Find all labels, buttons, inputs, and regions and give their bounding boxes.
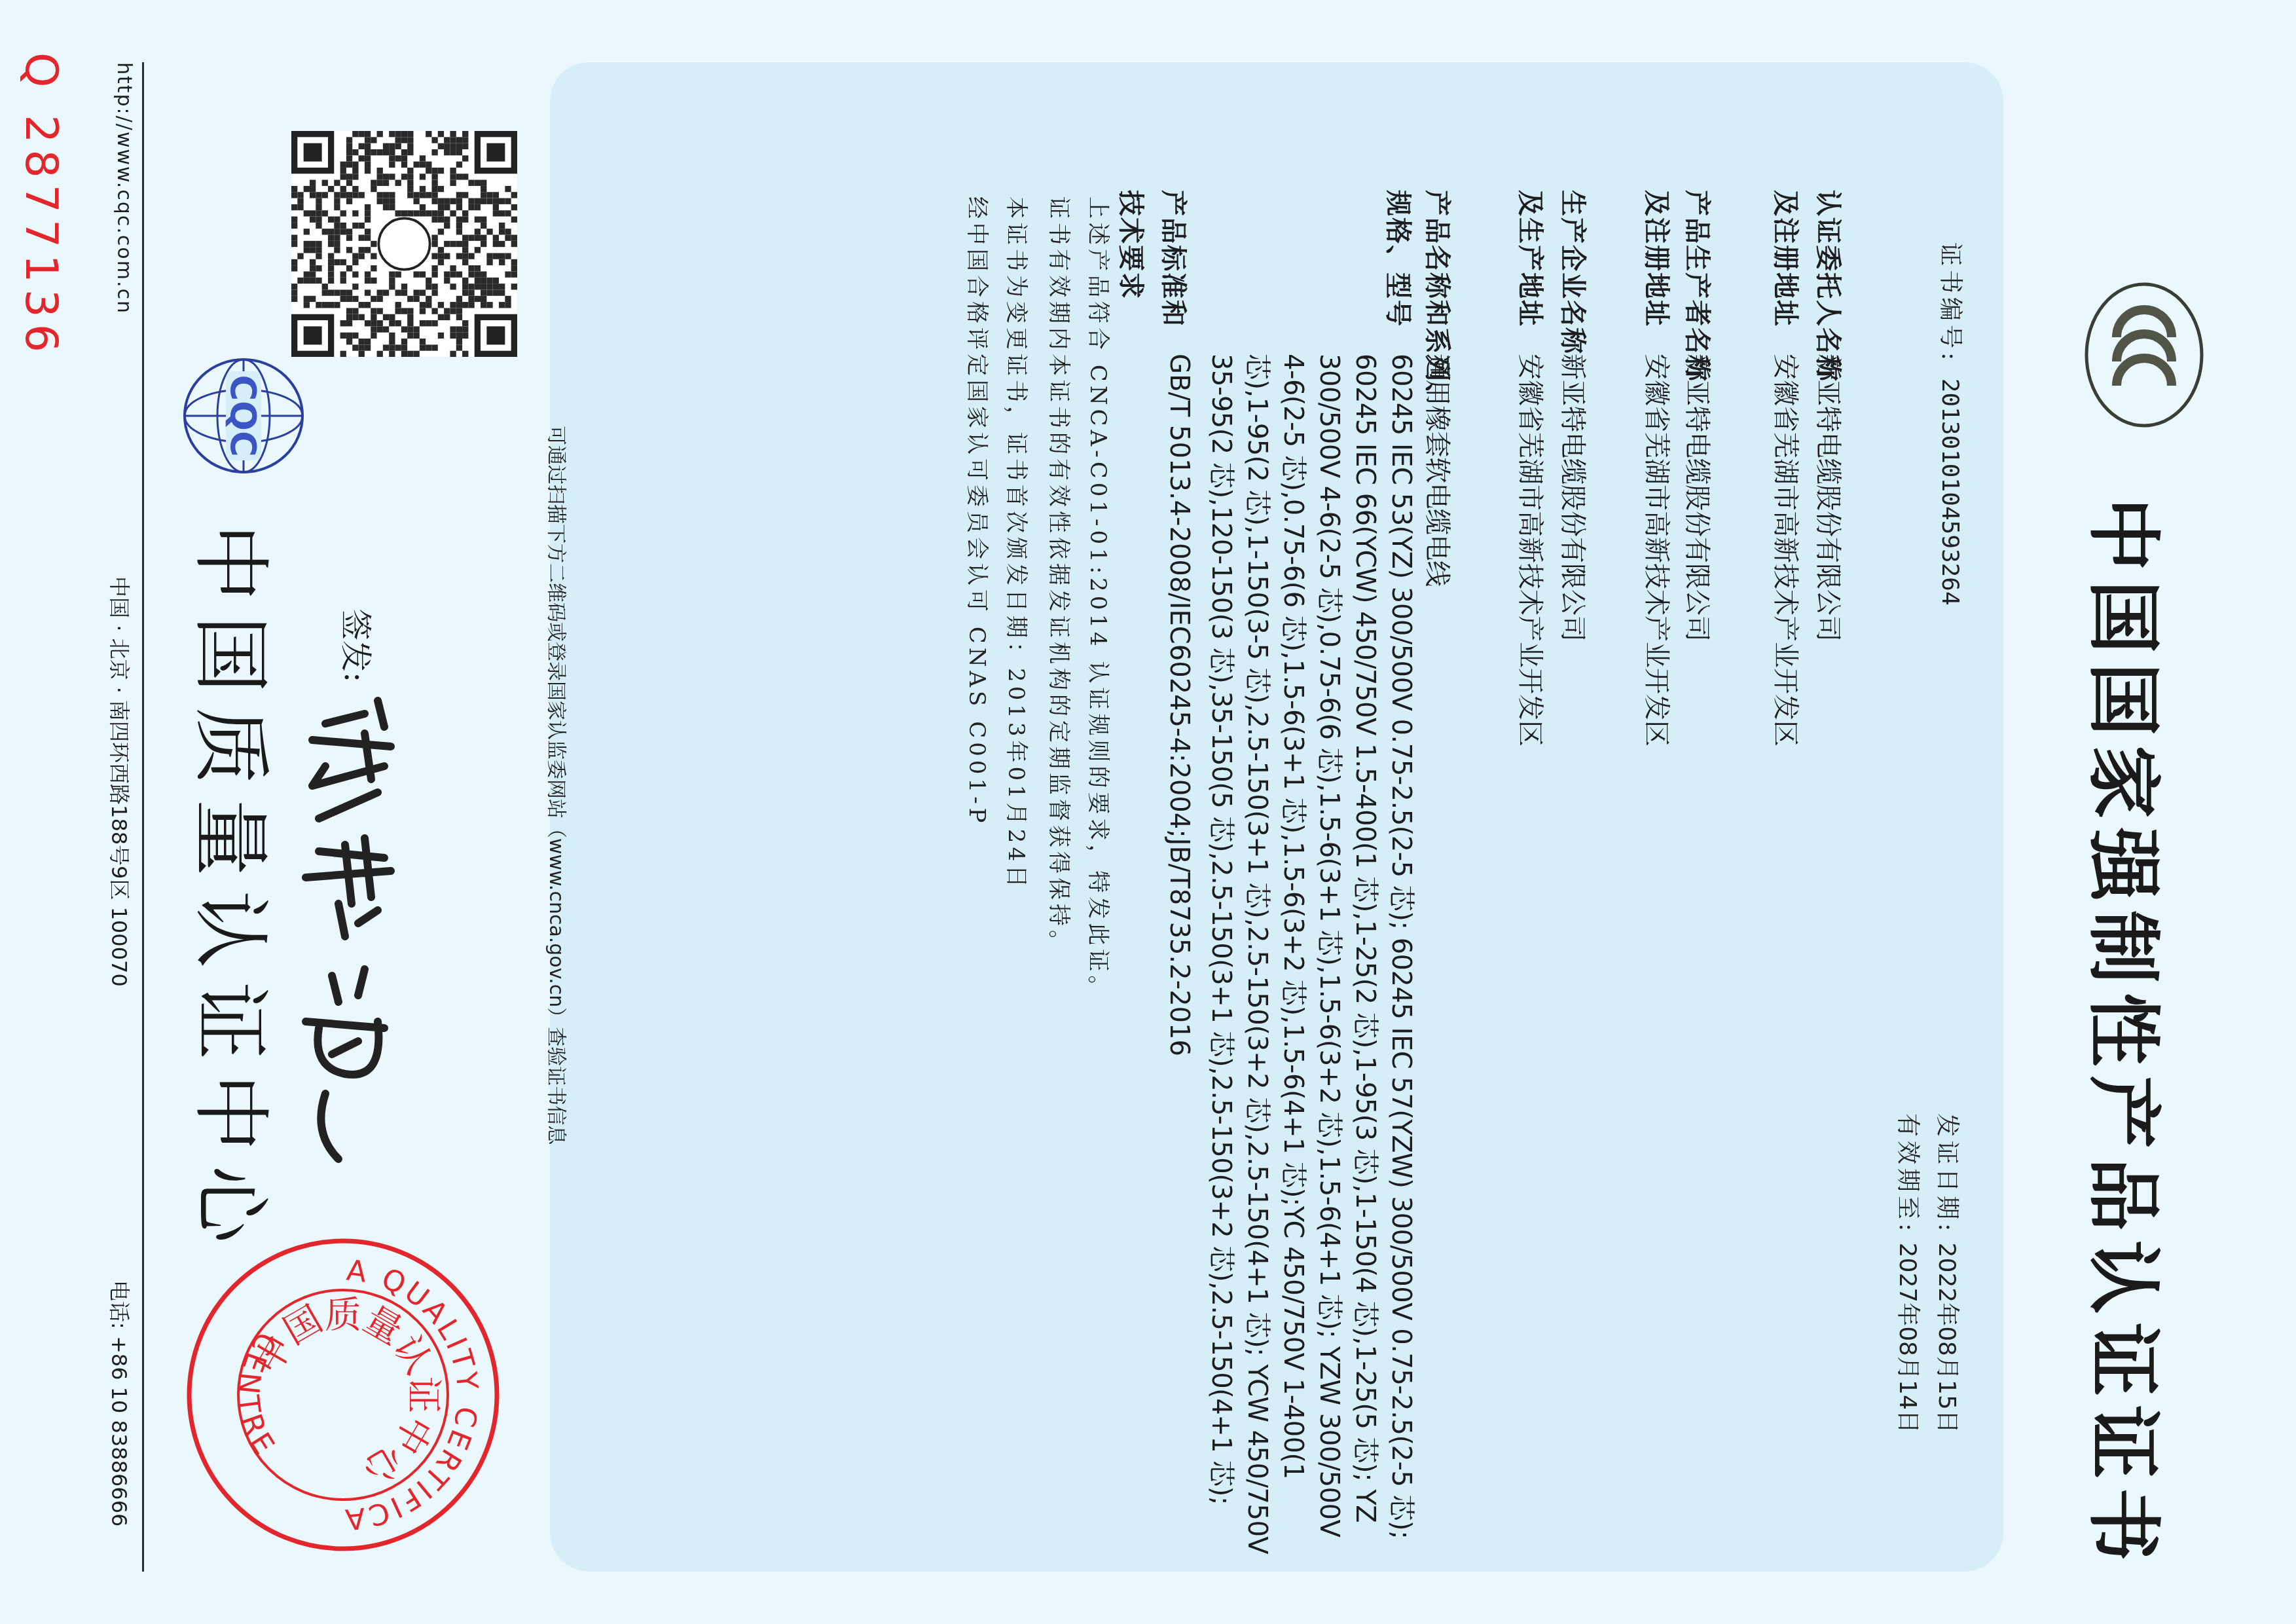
remark-line: 经中国合格评定国家认可委员会认可 CNAS C001-P [963, 196, 995, 827]
remark-line: 证书有效期内本证书的有效性依据发证机构的定期监督获得保持。 [1045, 196, 1077, 956]
footer-divider [142, 62, 144, 1572]
valid-until-label: 有效期至: [1894, 1113, 1921, 1235]
product-line: 通用橡套软电缆电线 [1422, 354, 1458, 1554]
applicant-address-label: 及注册地址 [1769, 190, 1806, 327]
product-line: 4-6(2-5 芯),0.75-6(6 芯),1.5-6(3+1 芯),1.5-… [1278, 354, 1314, 1554]
producer-address-label: 及注册地址 [1640, 190, 1677, 327]
product-line: 60245 IEC 66(YCW) 450/750V 1.5-400(1 芯),… [1350, 354, 1386, 1554]
cert-number-value: 2013010104593264 [1937, 378, 1963, 606]
footer-address: 中国 · 北京 · 南四环西路188号9区 100070 [105, 576, 136, 987]
signature [299, 688, 404, 1185]
sign-label: 签发: [336, 609, 381, 682]
ccc-mark-icon [2083, 282, 2204, 429]
standard-label: 产品标准和 [1157, 190, 1194, 327]
remark-line: 本证书为变更证书，证书首次颁发日期：2013年01月24日 [1002, 196, 1034, 891]
producer-address: 安徽省芜湖市高新技术产业开发区 [1640, 354, 1677, 747]
cert-number: 证书编号: 2013010104593264 [1935, 242, 1969, 606]
standard-value: GB/T 5013.4-2008/IEC60245-4:2004;JB/T873… [1164, 354, 1194, 1056]
footer-phone: 电话: +86 10 83886666 [105, 1280, 136, 1526]
valid-until: 有效期至: 2027年08月14日 [1893, 1113, 1926, 1433]
product-model-label: 规格、型号 [1381, 190, 1419, 327]
producer-name: 新亚特电缆股份有限公司 [1681, 354, 1718, 642]
serial-number: Q 2877136 [15, 52, 67, 359]
official-seal: CHINA QUALITY CERTIFICATION CENTRE 中国质量认… [183, 1234, 503, 1555]
product-line: 60245 IEC 53(YZ) 300/500V 0.75-2.5(2-5 芯… [1386, 354, 1422, 1554]
svg-text:质: 质 [325, 1294, 361, 1337]
svg-text:CQC: CQC [223, 375, 264, 456]
certificate-title: 中国国家强制性产品认证证书 [2076, 498, 2181, 1454]
product-line: 300/500V 4-6(2-5 芯),0.75-6(6 芯),1.5-6(3+… [1314, 354, 1350, 1554]
factory-label: 生产企业名称 [1556, 190, 1594, 355]
cqc-globe-logo-icon: CQC [181, 357, 306, 475]
certificate-page: 中国国家强制性产品认证证书 证书编号: 2013010104593264 发证日… [0, 0, 2296, 1624]
remark-line: 上述产品符合 CNCA-C01-01:2014 认证规则的要求，特发此证。 [1084, 196, 1116, 1001]
factory-address: 安徽省芜湖市高新技术产业开发区 [1514, 354, 1551, 747]
issue-date-label: 发证日期: [1933, 1113, 1960, 1235]
issuer-name: 中国质量认证中心 [181, 524, 293, 1257]
standard-label-2: 技术要求 [1114, 190, 1152, 300]
website-link[interactable]: http://www.cqc.com.cn [113, 62, 136, 314]
cert-number-label: 证书编号: [1937, 242, 1963, 364]
product-description: 通用橡套软电缆电线 60245 IEC 53(YZ) 300/500V 0.75… [1206, 354, 1458, 1554]
product-line: 35-95(2 芯),120-150(3 芯),35-150(5 芯),2.5-… [1206, 354, 1242, 1554]
applicant-name: 新亚特电缆股份有限公司 [1812, 354, 1849, 642]
svg-text:证: 证 [402, 1376, 445, 1413]
applicant-address: 安徽省芜湖市高新技术产业开发区 [1769, 354, 1806, 747]
factory-name: 新亚特电缆股份有限公司 [1556, 354, 1594, 642]
product-line: 芯),1-95(2 芯),1-150(3-5 芯),2.5-150(3+1 芯)… [1242, 354, 1278, 1554]
factory-address-label: 及生产地址 [1514, 190, 1551, 327]
valid-until-value: 2027年08月14日 [1894, 1243, 1921, 1433]
verification-qr-code[interactable] [291, 131, 517, 357]
issue-date-value: 2022年08月15日 [1933, 1243, 1960, 1433]
issue-date: 发证日期: 2022年08月15日 [1932, 1113, 1965, 1433]
qr-verification-note: 可通过扫描下方二维码或登录国家认监委网站（www.cnca.gov.cn）查验证… [544, 426, 573, 1145]
